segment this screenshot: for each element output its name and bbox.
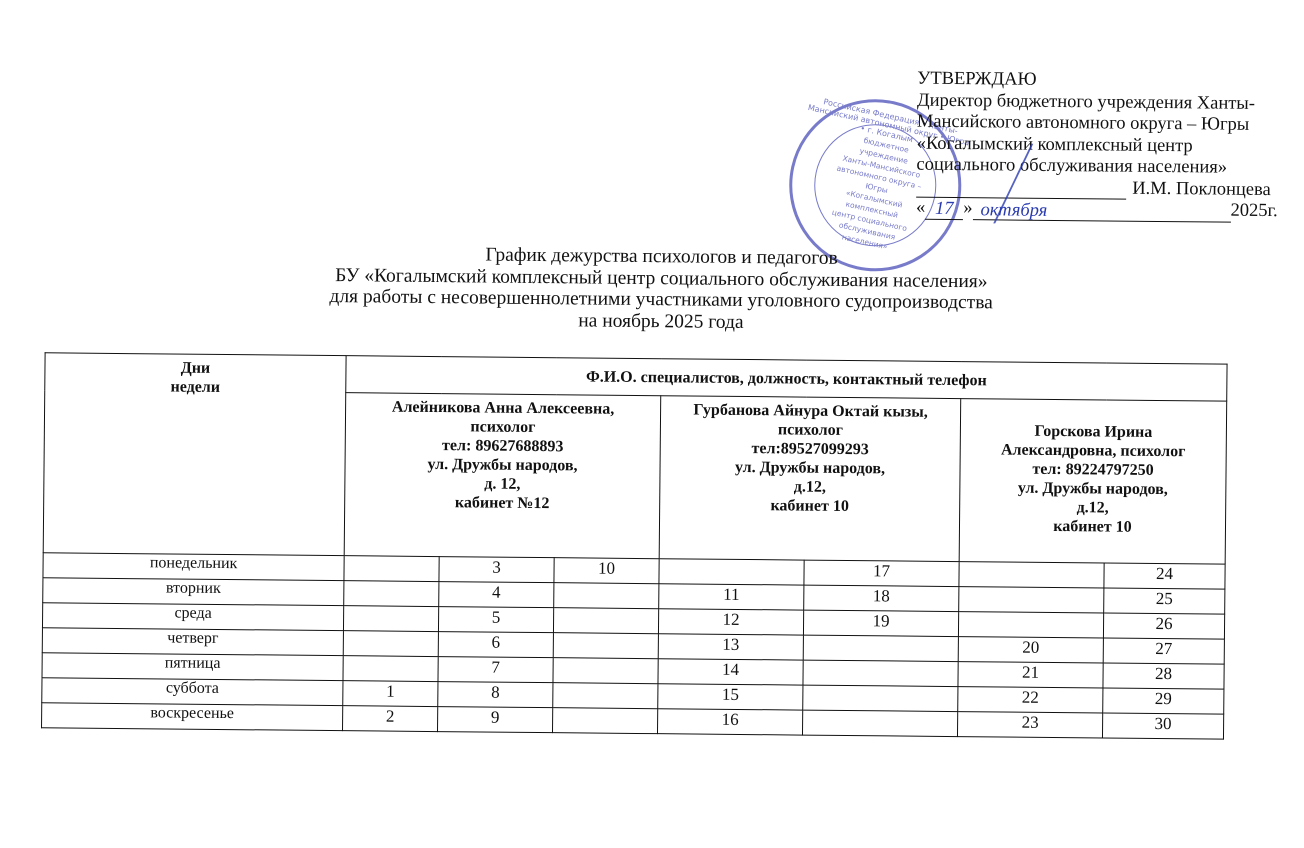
date-cell (553, 683, 658, 709)
schedule-body: понедельник3101724вторник4111825среда512… (42, 553, 1226, 739)
date-cell: 22 (958, 687, 1103, 713)
date-cell: 9 (437, 707, 552, 733)
specialist-header-gurbanova: Гурбанова Айнура Октай кызы, психолог те… (659, 396, 961, 562)
document-title: График дежурства психологов и педагогов … (241, 242, 1082, 336)
date-cell: 23 (957, 712, 1102, 738)
date-cell: 12 (658, 609, 803, 635)
date-cell: 25 (1104, 588, 1225, 614)
date-cell: 1 (343, 681, 438, 707)
date-cell: 4 (439, 582, 554, 608)
approval-heading: УТВЕРЖДАЮ (917, 69, 1304, 94)
date-cell (343, 656, 438, 682)
date-cell (959, 562, 1104, 588)
signature-row: И.М. Поклонцева (916, 176, 1304, 201)
day-cell: воскресенье (42, 703, 343, 731)
approval-line: социального обслуживания населения» (916, 155, 1304, 180)
date-cell (659, 559, 804, 585)
date-cell (802, 710, 957, 736)
signatory-name: И.М. Поклонцева (1132, 178, 1271, 201)
duty-schedule-table: Дни недели Ф.И.О. специалистов, должност… (41, 352, 1228, 739)
date-cell: 24 (1104, 563, 1225, 589)
day-cell: вторник (43, 578, 344, 606)
day-cell: суббота (42, 678, 343, 706)
specialist-header-gorskova: Горскова Ирина Александровна, психолог т… (959, 399, 1227, 565)
date-cell: 8 (438, 682, 553, 708)
approval-date: « 17 » октября 2025г. (916, 198, 1304, 223)
document-page: Российская Федерация • Ханты-Мансийский … (0, 0, 1304, 848)
date-cell: 2 (343, 706, 438, 732)
date-cell: 27 (1103, 638, 1224, 664)
date-cell: 26 (1103, 613, 1224, 639)
date-day: 17 (925, 198, 963, 219)
date-cell (803, 635, 958, 661)
date-cell: 11 (659, 584, 804, 610)
date-cell (553, 608, 658, 634)
date-cell: 5 (438, 607, 553, 633)
date-cell: 14 (658, 659, 803, 685)
date-cell (803, 660, 958, 686)
day-cell: четверг (42, 628, 343, 656)
date-cell (554, 583, 659, 609)
date-cell (344, 581, 439, 607)
date-cell: 28 (1103, 663, 1224, 689)
date-cell: 18 (804, 585, 959, 611)
date-cell: 19 (803, 610, 958, 636)
day-cell: среда (42, 603, 343, 631)
date-cell: 6 (438, 632, 553, 658)
date-cell (958, 612, 1103, 638)
date-cell: 30 (1102, 713, 1223, 739)
approval-block: УТВЕРЖДАЮ Директор бюджетного учреждения… (916, 69, 1304, 223)
date-cell (343, 606, 438, 632)
day-cell: пятница (42, 653, 343, 681)
date-cell (343, 631, 438, 657)
date-cell: 17 (804, 560, 959, 586)
date-cell (959, 587, 1104, 613)
specialist-header-aleynikova: Алейникова Анна Алексеевна, психолог тел… (344, 393, 661, 559)
date-cell: 10 (554, 558, 659, 584)
date-cell (344, 556, 439, 582)
days-header: Дни недели (43, 353, 346, 556)
date-cell (553, 633, 658, 659)
date-cell: 21 (958, 662, 1103, 688)
date-cell (552, 708, 657, 734)
date-cell (803, 685, 958, 711)
date-cell: 15 (658, 684, 803, 710)
approval-line: Мансийского автономного округа – Югры (917, 112, 1304, 137)
date-cell (553, 658, 658, 684)
date-cell: 16 (657, 709, 802, 735)
date-cell: 13 (658, 634, 803, 660)
date-year: 2025г. (1230, 201, 1277, 223)
date-cell: 3 (439, 557, 554, 583)
date-cell: 29 (1103, 688, 1224, 714)
day-cell: понедельник (43, 553, 344, 581)
date-cell: 20 (958, 637, 1103, 663)
date-cell: 7 (438, 657, 553, 683)
